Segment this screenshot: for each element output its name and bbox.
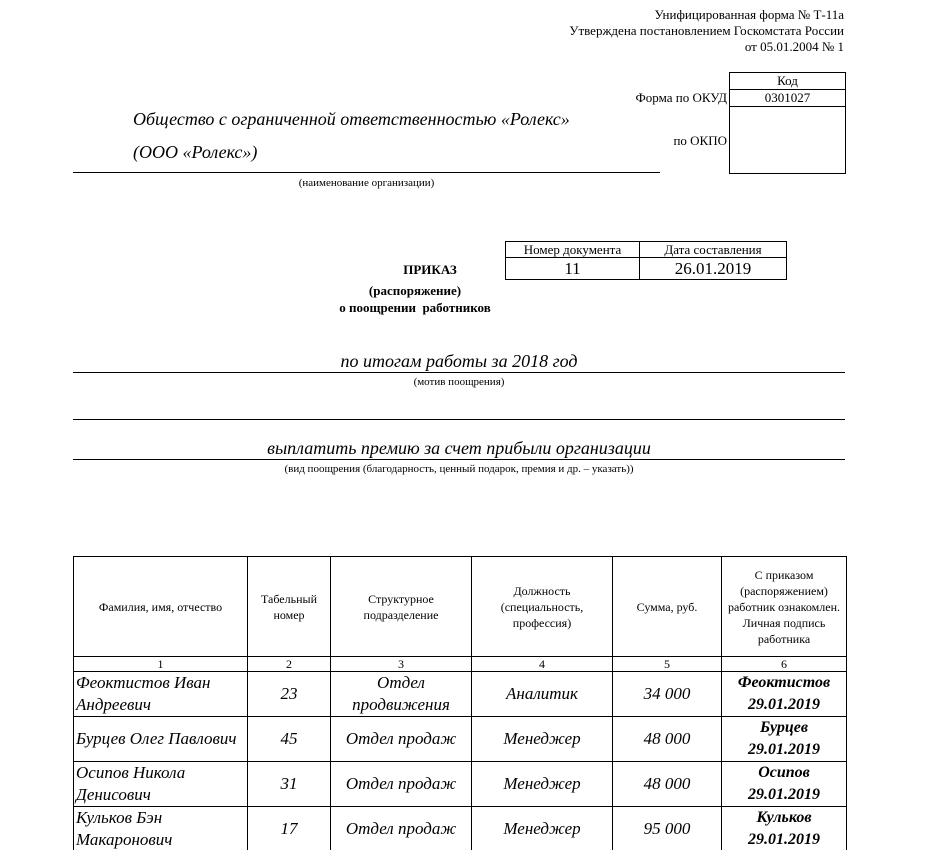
motive-value: по итогам работы за 2018 год	[73, 350, 845, 372]
column-number: 6	[722, 657, 847, 672]
department: Отдел продвижения	[331, 672, 472, 717]
organization-caption: (наименование организации)	[73, 176, 660, 190]
organization-short-name: (ООО «Ролекс»)	[133, 140, 257, 164]
document-number-date-box: Номер документа Дата составления 11 26.0…	[505, 241, 787, 280]
position: Менеджер	[472, 717, 613, 762]
blank-line	[73, 419, 845, 420]
doc-date-label: Дата составления	[640, 242, 787, 258]
department: Отдел продаж	[331, 717, 472, 762]
tab-number: 45	[248, 717, 331, 762]
column-number: 4	[472, 657, 613, 672]
organization-underline	[73, 172, 660, 173]
tab-number: 23	[248, 672, 331, 717]
table-row: Феоктистов Иван Андреевич 23 Отдел продв…	[74, 672, 847, 717]
tab-number: 17	[248, 807, 331, 850]
column-header-name: Фамилия, имя, отчество	[74, 557, 248, 657]
okud-value: 0301027	[730, 90, 845, 107]
position: Менеджер	[472, 807, 613, 850]
table-row: Осипов Никола Денисович 31 Отдел продаж …	[74, 762, 847, 807]
employee-name: Бурцев Олег Павлович	[74, 717, 248, 762]
signature: Бурцев29.01.2019	[722, 717, 847, 762]
codes-box: Код 0301027	[729, 72, 846, 174]
column-header-position: Должность (специальность, профессия)	[472, 557, 613, 657]
employee-name: Феоктистов Иван Андреевич	[74, 672, 248, 717]
column-header-department: Структурное подразделение	[331, 557, 472, 657]
signature: Кульков29.01.2019	[722, 807, 847, 850]
doc-number: 11	[506, 258, 640, 280]
column-number: 5	[613, 657, 722, 672]
motive-underline	[73, 372, 845, 373]
table-row: Бурцев Олег Павлович 45 Отдел продаж Мен…	[74, 717, 847, 762]
doc-date: 26.01.2019	[640, 258, 787, 280]
column-number: 1	[74, 657, 248, 672]
column-header-tab-number: Табельный номер	[248, 557, 331, 657]
signature-name: Осипов	[724, 762, 844, 784]
reward-caption: (вид поощрения (благодарность, ценный по…	[73, 462, 845, 476]
okpo-label: по ОКПО	[560, 133, 727, 149]
organization-name: Общество с ограниченной ответственностью…	[133, 107, 570, 131]
reward-value: выплатить премию за счет прибыли организ…	[73, 437, 845, 459]
signature: Осипов29.01.2019	[722, 762, 847, 807]
amount: 48 000	[613, 762, 722, 807]
signature-date: 29.01.2019	[724, 739, 844, 761]
signature-date: 29.01.2019	[724, 829, 844, 850]
form-number: Унифицированная форма № Т-11а	[480, 7, 844, 23]
column-number: 3	[331, 657, 472, 672]
form-approval: Утверждена постановлением Госкомстата Ро…	[480, 23, 844, 39]
column-header-amount: Сумма, руб.	[613, 557, 722, 657]
signature-name: Феоктистов	[724, 672, 844, 694]
okpo-value	[730, 107, 845, 173]
motive-caption: (мотив поощрения)	[73, 375, 845, 389]
order-subject: о поощрении работников	[330, 300, 500, 316]
form-header: Унифицированная форма № Т-11а Утверждена…	[480, 7, 844, 55]
signature-name: Бурцев	[724, 717, 844, 739]
signature-date: 29.01.2019	[724, 694, 844, 716]
position: Аналитик	[472, 672, 613, 717]
employee-name: Кульков Бэн Макаронович	[74, 807, 248, 850]
column-number: 2	[248, 657, 331, 672]
department: Отдел продаж	[331, 762, 472, 807]
reward-underline	[73, 459, 845, 460]
position: Менеджер	[472, 762, 613, 807]
signature-name: Кульков	[724, 807, 844, 829]
table-header-row: Фамилия, имя, отчество Табельный номер С…	[74, 557, 847, 657]
doc-number-label: Номер документа	[506, 242, 640, 258]
amount: 95 000	[613, 807, 722, 850]
column-header-signature: С приказом (распоряжением) работник озна…	[722, 557, 847, 657]
employees-table: Фамилия, имя, отчество Табельный номер С…	[73, 556, 847, 850]
form-approval-date: от 05.01.2004 № 1	[480, 39, 844, 55]
signature: Феоктистов29.01.2019	[722, 672, 847, 717]
amount: 34 000	[613, 672, 722, 717]
employee-name: Осипов Никола Денисович	[74, 762, 248, 807]
order-title: ПРИКАЗ	[355, 262, 505, 278]
order-subtitle: (распоряжение)	[330, 283, 500, 299]
codes-header: Код	[730, 73, 845, 90]
table-row: Кульков Бэн Макаронович 17 Отдел продаж …	[74, 807, 847, 850]
signature-date: 29.01.2019	[724, 784, 844, 806]
tab-number: 31	[248, 762, 331, 807]
department: Отдел продаж	[331, 807, 472, 850]
amount: 48 000	[613, 717, 722, 762]
okud-label: Форма по ОКУД	[560, 90, 727, 106]
column-numbers-row: 1 2 3 4 5 6	[74, 657, 847, 672]
